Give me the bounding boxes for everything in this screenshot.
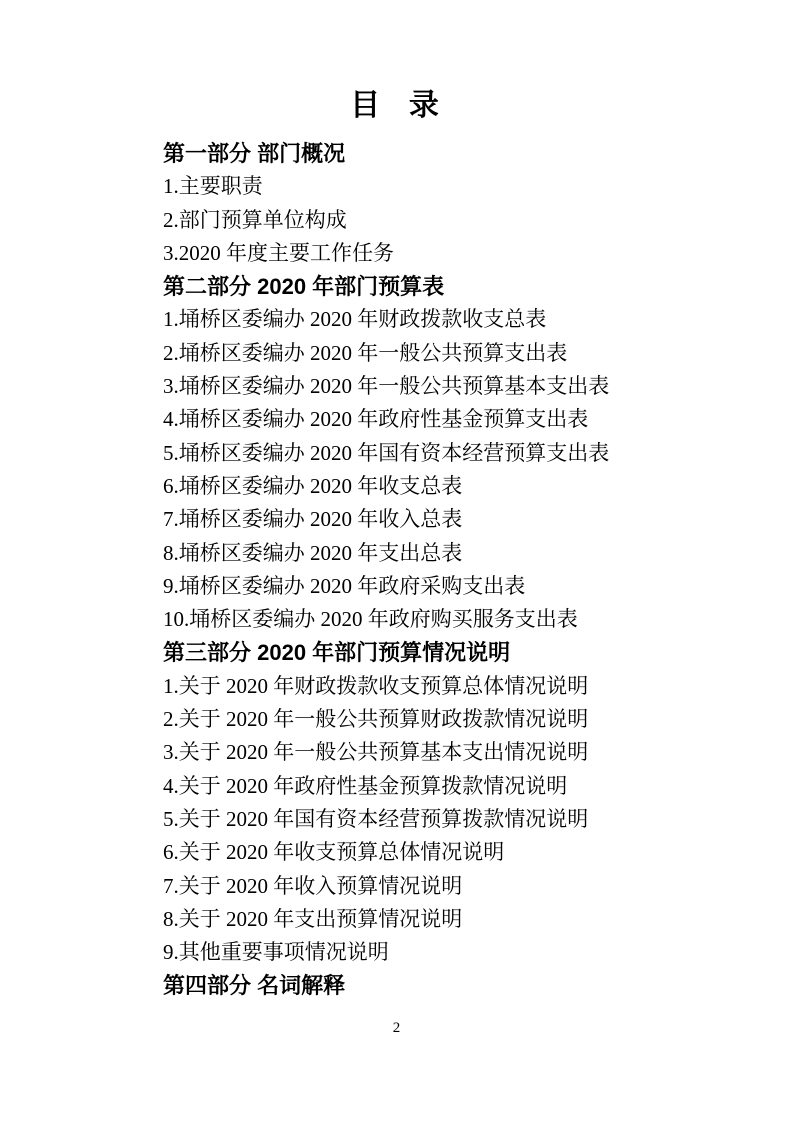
toc-item: 4.埇桥区委编办 2020 年政府性基金预算支出表 (163, 403, 713, 436)
toc-item: 2.关于 2020 年一般公共预算财政拨款情况说明 (163, 703, 713, 736)
toc-item: 10.埇桥区委编办 2020 年政府购买服务支出表 (163, 603, 713, 636)
document-page: 目 录 第一部分 部门概况 1.主要职责 2.部门预算单位构成 3.2020 年… (0, 0, 793, 1122)
toc-item: 3.2020 年度主要工作任务 (163, 237, 713, 270)
toc-item: 6.关于 2020 年收支预算总体情况说明 (163, 836, 713, 869)
toc-item: 6.埇桥区委编办 2020 年收支总表 (163, 470, 713, 503)
toc-item: 2.部门预算单位构成 (163, 204, 713, 237)
toc-item: 1.关于 2020 年财政拨款收支预算总体情况说明 (163, 670, 713, 703)
toc-item: 3.关于 2020 年一般公共预算基本支出情况说明 (163, 736, 713, 769)
toc-item: 9.其他重要事项情况说明 (163, 936, 713, 969)
toc-item: 9.埇桥区委编办 2020 年政府采购支出表 (163, 570, 713, 603)
table-of-contents: 第一部分 部门概况 1.主要职责 2.部门预算单位构成 3.2020 年度主要工… (163, 137, 713, 1003)
toc-item: 8.关于 2020 年支出预算情况说明 (163, 903, 713, 936)
toc-item: 8.埇桥区委编办 2020 年支出总表 (163, 537, 713, 570)
page-number: 2 (0, 1020, 793, 1037)
toc-section-heading-4: 第四部分 名词解释 (163, 969, 713, 1002)
toc-item: 4.关于 2020 年政府性基金预算拨款情况说明 (163, 770, 713, 803)
toc-item: 2.埇桥区委编办 2020 年一般公共预算支出表 (163, 337, 713, 370)
toc-item: 5.关于 2020 年国有资本经营预算拨款情况说明 (163, 803, 713, 836)
toc-section-heading-1: 第一部分 部门概况 (163, 137, 713, 170)
toc-item: 7.埇桥区委编办 2020 年收入总表 (163, 503, 713, 536)
toc-item: 3.埇桥区委编办 2020 年一般公共预算基本支出表 (163, 370, 713, 403)
toc-item: 1.主要职责 (163, 170, 713, 203)
toc-section-heading-3: 第三部分 2020 年部门预算情况说明 (163, 636, 713, 669)
toc-item: 1.埇桥区委编办 2020 年财政拨款收支总表 (163, 303, 713, 336)
toc-section-heading-2: 第二部分 2020 年部门预算表 (163, 270, 713, 303)
toc-item: 7.关于 2020 年收入预算情况说明 (163, 870, 713, 903)
page-title: 目 录 (0, 88, 793, 124)
toc-item: 5.埇桥区委编办 2020 年国有资本经营预算支出表 (163, 437, 713, 470)
